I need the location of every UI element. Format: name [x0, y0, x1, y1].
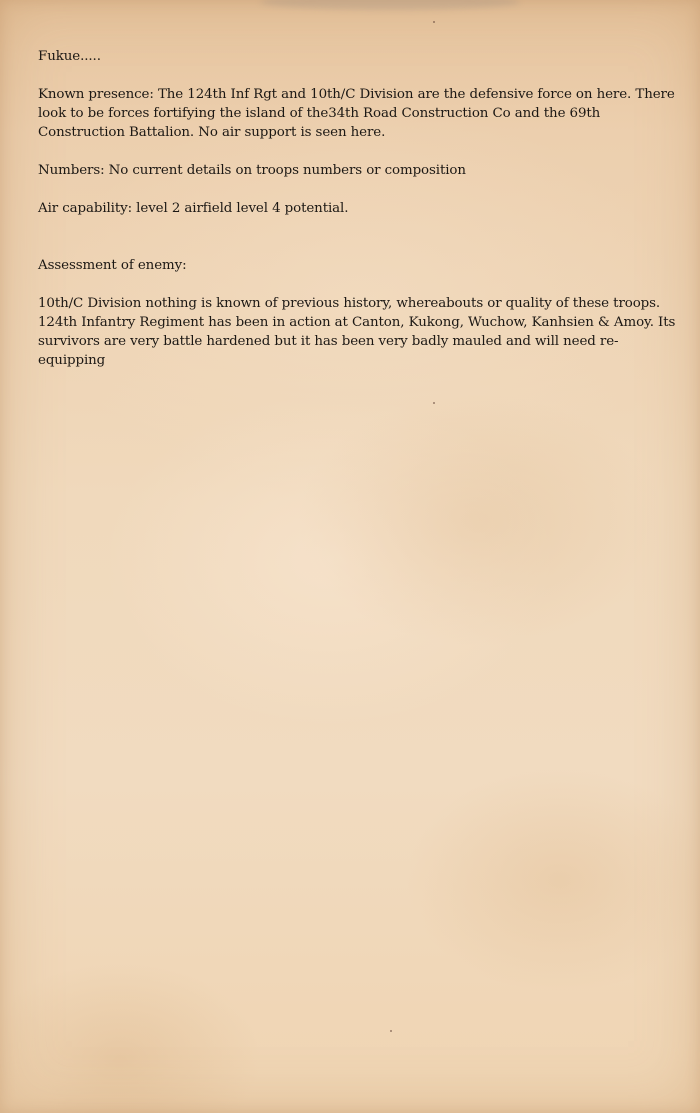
known-presence-paragraph: Known presence: The 124th Inf Rgt and 10…	[38, 85, 678, 142]
paper-speck	[433, 402, 435, 404]
paper-stain	[260, 0, 520, 10]
air-capability-paragraph: Air capability: level 2 airfield level 4…	[38, 199, 678, 218]
report-title: Fukue.....	[38, 47, 678, 66]
numbers-paragraph: Numbers: No current details on troops nu…	[38, 161, 678, 180]
assessment-heading: Assessment of enemy:	[38, 256, 678, 275]
paper-speck	[433, 21, 435, 23]
intel-report: Fukue..... Known presence: The 124th Inf…	[38, 47, 678, 389]
paper-speck	[390, 1030, 392, 1032]
assessment-paragraph: 10th/C Division nothing is known of prev…	[38, 294, 678, 370]
